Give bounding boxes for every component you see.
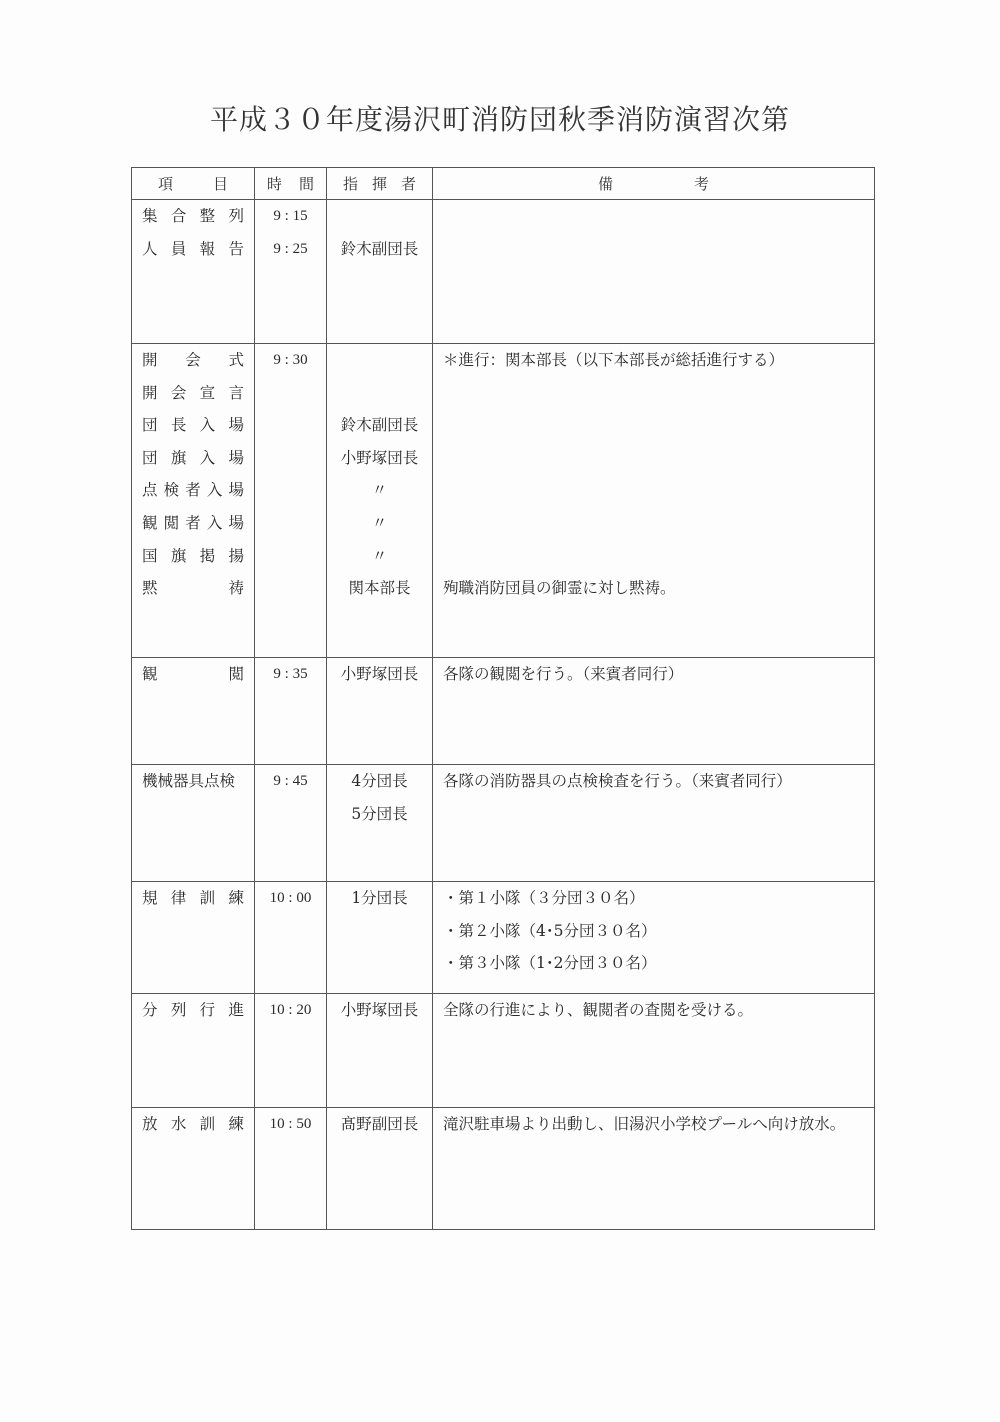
header-item: 項 目	[132, 168, 255, 200]
notes-cell	[433, 200, 875, 344]
leader-text: 小野塚団長	[327, 994, 432, 1027]
item-text: 開会式	[132, 344, 254, 377]
leader-text: 〃	[327, 540, 432, 573]
item-text: 機械器具点検	[132, 765, 254, 798]
notes-text: 各隊の観閲を行う。（来賓者同行）	[433, 658, 874, 691]
notes-text	[433, 409, 874, 442]
item-cell: 放水訓練	[132, 1108, 255, 1230]
leader-cell: 小野塚団長	[327, 658, 433, 765]
document-page: 平成３０年度湯沢町消防団秋季消防演習次第 項 目 時 間	[0, 0, 1000, 1422]
item-text: 点検者入場	[132, 474, 254, 507]
item-text: 集合整列	[132, 200, 254, 233]
item-text: 規律訓練	[132, 882, 254, 915]
notes-text: ＊進行：関本部長（以下本部長が総括進行する）	[433, 344, 874, 377]
table-row: 分列行進10 : 20小野塚団長全隊の行進により、観閲者の査閲を受ける。	[132, 994, 875, 1108]
time-cell: 10 : 20	[255, 994, 327, 1108]
time-cell: 9 : 30	[255, 344, 327, 658]
notes-cell: 滝沢駐車場より出動し、旧湯沢小学校プールへ向け放水。	[433, 1108, 875, 1230]
table-row: 機械器具点検9 : 454分団長5分団長各隊の消防器具の点検検査を行う。（来賓者…	[132, 765, 875, 882]
item-text: 観閲者入場	[132, 507, 254, 540]
item-cell: 集合整列人員報告	[132, 200, 255, 344]
item-cell: 分列行進	[132, 994, 255, 1108]
notes-cell: ・第１小隊（３分団３０名）・第２小隊（4･5分団３０名）・第３小隊（1･2分団３…	[433, 882, 875, 994]
document-title: 平成３０年度湯沢町消防団秋季消防演習次第	[0, 98, 1000, 138]
table-header-row: 項 目 時 間 指 揮 者	[132, 168, 875, 200]
leader-cell: 鈴木副団長	[327, 200, 433, 344]
time-text: 9 : 25	[255, 233, 326, 266]
leader-text: 1分団長	[327, 882, 432, 915]
notes-text	[433, 442, 874, 475]
table-row: 規律訓練10 : 001分団長・第１小隊（３分団３０名）・第２小隊（4･5分団３…	[132, 882, 875, 994]
item-text: 開会宣言	[132, 377, 254, 410]
table-row: 観閲9 : 35小野塚団長各隊の観閲を行う。（来賓者同行）	[132, 658, 875, 765]
notes-text	[433, 507, 874, 540]
schedule-table: 項 目 時 間 指 揮 者	[131, 167, 875, 1230]
notes-cell: 各隊の観閲を行う。（来賓者同行）	[433, 658, 875, 765]
leader-cell: 髙野副団長	[327, 1108, 433, 1230]
notes-text: 滝沢駐車場より出動し、旧湯沢小学校プールへ向け放水。	[433, 1108, 874, 1141]
leader-text: 4分団長	[327, 765, 432, 798]
time-text: 9 : 35	[255, 658, 326, 691]
item-cell: 開会式開会宣言団長入場団旗入場点検者入場観閲者入場国旗掲揚黙祷	[132, 344, 255, 658]
leader-text: 小野塚団長	[327, 442, 432, 475]
notes-text: ・第１小隊（３分団３０名）	[433, 882, 874, 915]
notes-text: 殉職消防団員の御霊に対し黙祷。	[433, 572, 874, 605]
header-time: 時 間	[255, 168, 327, 200]
table-row: 集合整列人員報告9 : 159 : 25鈴木副団長	[132, 200, 875, 344]
leader-text	[327, 344, 432, 377]
time-cell: 9 : 35	[255, 658, 327, 765]
time-text: 9 : 30	[255, 344, 326, 377]
leader-text: 髙野副団長	[327, 1108, 432, 1141]
leader-cell: 鈴木副団長小野塚団長〃〃〃関本部長	[327, 344, 433, 658]
leader-text: 鈴木副団長	[327, 409, 432, 442]
leader-text	[327, 200, 432, 233]
notes-text: ・第２小隊（4･5分団３０名）	[433, 915, 874, 948]
leader-cell: 小野塚団長	[327, 994, 433, 1108]
header-notes: 備 考	[433, 168, 875, 200]
time-text: 10 : 20	[255, 994, 326, 1027]
table-row: 開会式開会宣言団長入場団旗入場点検者入場観閲者入場国旗掲揚黙祷9 : 30鈴木副…	[132, 344, 875, 658]
time-text: 9 : 15	[255, 200, 326, 233]
item-text: 団旗入場	[132, 442, 254, 475]
time-cell: 10 : 50	[255, 1108, 327, 1230]
notes-text	[433, 474, 874, 507]
time-text: 9 : 45	[255, 765, 326, 798]
notes-text	[433, 377, 874, 410]
leader-text: 小野塚団長	[327, 658, 432, 691]
leader-text: 鈴木副団長	[327, 233, 432, 266]
time-cell: 10 : 00	[255, 882, 327, 994]
leader-text: 〃	[327, 474, 432, 507]
notes-text: ・第３小隊（1･2分団３０名）	[433, 947, 874, 980]
item-cell: 機械器具点検	[132, 765, 255, 882]
leader-text: 関本部長	[327, 572, 432, 605]
notes-text: 全隊の行進により、観閲者の査閲を受ける。	[433, 994, 874, 1027]
leader-text: 5分団長	[327, 798, 432, 831]
table-row: 放水訓練10 : 50髙野副団長滝沢駐車場より出動し、旧湯沢小学校プールへ向け放…	[132, 1108, 875, 1230]
item-text: 国旗掲揚	[132, 540, 254, 573]
time-text: 10 : 50	[255, 1108, 326, 1141]
leader-text: 〃	[327, 507, 432, 540]
leader-text	[327, 377, 432, 410]
header-leader: 指 揮 者	[327, 168, 433, 200]
item-text: 団長入場	[132, 409, 254, 442]
item-cell: 規律訓練	[132, 882, 255, 994]
time-cell: 9 : 45	[255, 765, 327, 882]
time-cell: 9 : 159 : 25	[255, 200, 327, 344]
item-cell: 観閲	[132, 658, 255, 765]
leader-cell: 4分団長5分団長	[327, 765, 433, 882]
leader-cell: 1分団長	[327, 882, 433, 994]
notes-text	[433, 540, 874, 573]
notes-cell: 全隊の行進により、観閲者の査閲を受ける。	[433, 994, 875, 1108]
notes-cell: 各隊の消防器具の点検検査を行う。（来賓者同行）	[433, 765, 875, 882]
item-text: 放水訓練	[132, 1108, 254, 1141]
notes-cell: ＊進行：関本部長（以下本部長が総括進行する）殉職消防団員の御霊に対し黙祷。	[433, 344, 875, 658]
time-text: 10 : 00	[255, 882, 326, 915]
item-text: 人員報告	[132, 233, 254, 266]
notes-text: 各隊の消防器具の点検検査を行う。（来賓者同行）	[433, 765, 874, 798]
item-text: 観閲	[132, 658, 254, 691]
item-text: 分列行進	[132, 994, 254, 1027]
item-text: 黙祷	[132, 572, 254, 605]
